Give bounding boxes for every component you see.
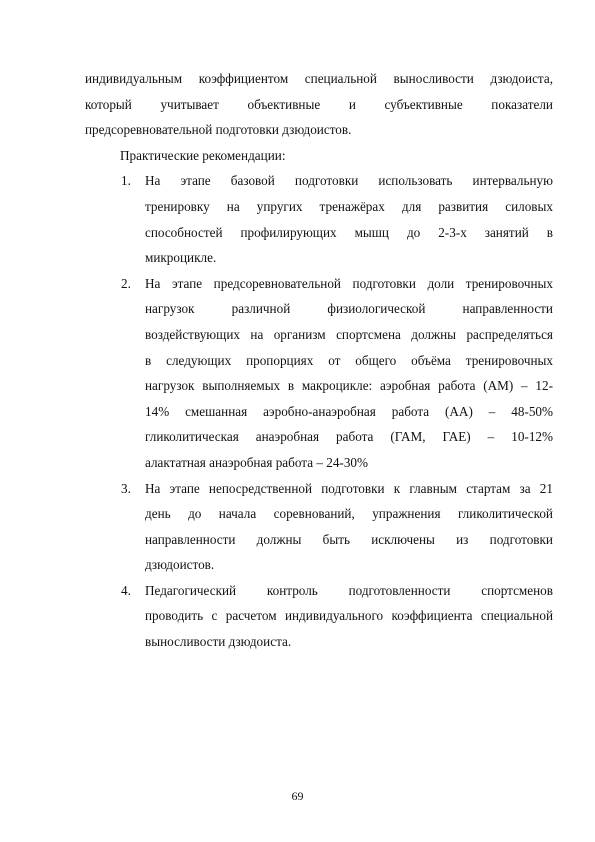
page-number: 69: [0, 789, 595, 804]
list-item-text: Педагогический контроль подготовленности…: [145, 578, 553, 604]
recommendations-list: 1.На этапе базовой подготовки использова…: [85, 168, 553, 654]
list-item-first-line: 3.На этапе непосредственной подготовки к…: [85, 476, 553, 502]
list-item-line: способностей профилирующих мышц до 2-3-х…: [85, 220, 553, 246]
list-item: 4.Педагогический контроль подготовленнос…: [85, 578, 553, 655]
list-item-text: На этапе базовой подготовки использовать…: [145, 168, 553, 194]
list-item-line: дзюдоистов.: [85, 552, 553, 578]
list-item-line: нагрузок выполняемых в макроцикле: аэроб…: [85, 373, 553, 399]
list-item-line: микроцикле.: [85, 245, 553, 271]
list-item-line: алактатная анаэробная работа – 24-30%: [85, 450, 553, 476]
list-item-first-line: 2.На этапе предсоревновательной подготов…: [85, 271, 553, 297]
list-item-number: 2.: [121, 271, 131, 297]
intro-line: предсоревновательной подготовки дзюдоист…: [85, 117, 553, 143]
document-page-body: индивидуальным коэффициентом специальной…: [85, 66, 553, 655]
list-item-first-line: 1.На этапе базовой подготовки использова…: [85, 168, 553, 194]
list-item-line: тренировку на упругих тренажёрах для раз…: [85, 194, 553, 220]
list-item-text: На этапе непосредственной подготовки к г…: [145, 476, 553, 502]
list-item-line: воздействующих на организм спортсмена до…: [85, 322, 553, 348]
recommendations-heading: Практические рекомендации:: [85, 143, 553, 169]
list-item-line: гликолитическая анаэробная работа (ГАМ, …: [85, 424, 553, 450]
list-item: 2.На этапе предсоревновательной подготов…: [85, 271, 553, 476]
list-item: 1.На этапе базовой подготовки использова…: [85, 168, 553, 270]
list-item: 3.На этапе непосредственной подготовки к…: [85, 476, 553, 578]
list-item-line: день до начала соревнований, упражнения …: [85, 501, 553, 527]
list-item-line: проводить с расчетом индивидуального коэ…: [85, 603, 553, 629]
list-item-first-line: 4.Педагогический контроль подготовленнос…: [85, 578, 553, 604]
list-item-number: 1.: [121, 168, 131, 194]
list-item-line: в следующих пропорциях от общего объёма …: [85, 348, 553, 374]
list-item-number: 3.: [121, 476, 131, 502]
list-item-line: 14% смешанная аэробно-анаэробная работа …: [85, 399, 553, 425]
list-item-text: На этапе предсоревновательной подготовки…: [145, 271, 553, 297]
list-item-line: направленности должны быть исключены из …: [85, 527, 553, 553]
intro-line: который учитывает объективные и субъекти…: [85, 92, 553, 118]
list-item-line: нагрузок различной физиологической напра…: [85, 296, 553, 322]
list-item-line: выносливости дзюдоиста.: [85, 629, 553, 655]
intro-line: индивидуальным коэффициентом специальной…: [85, 66, 553, 92]
list-item-number: 4.: [121, 578, 131, 604]
